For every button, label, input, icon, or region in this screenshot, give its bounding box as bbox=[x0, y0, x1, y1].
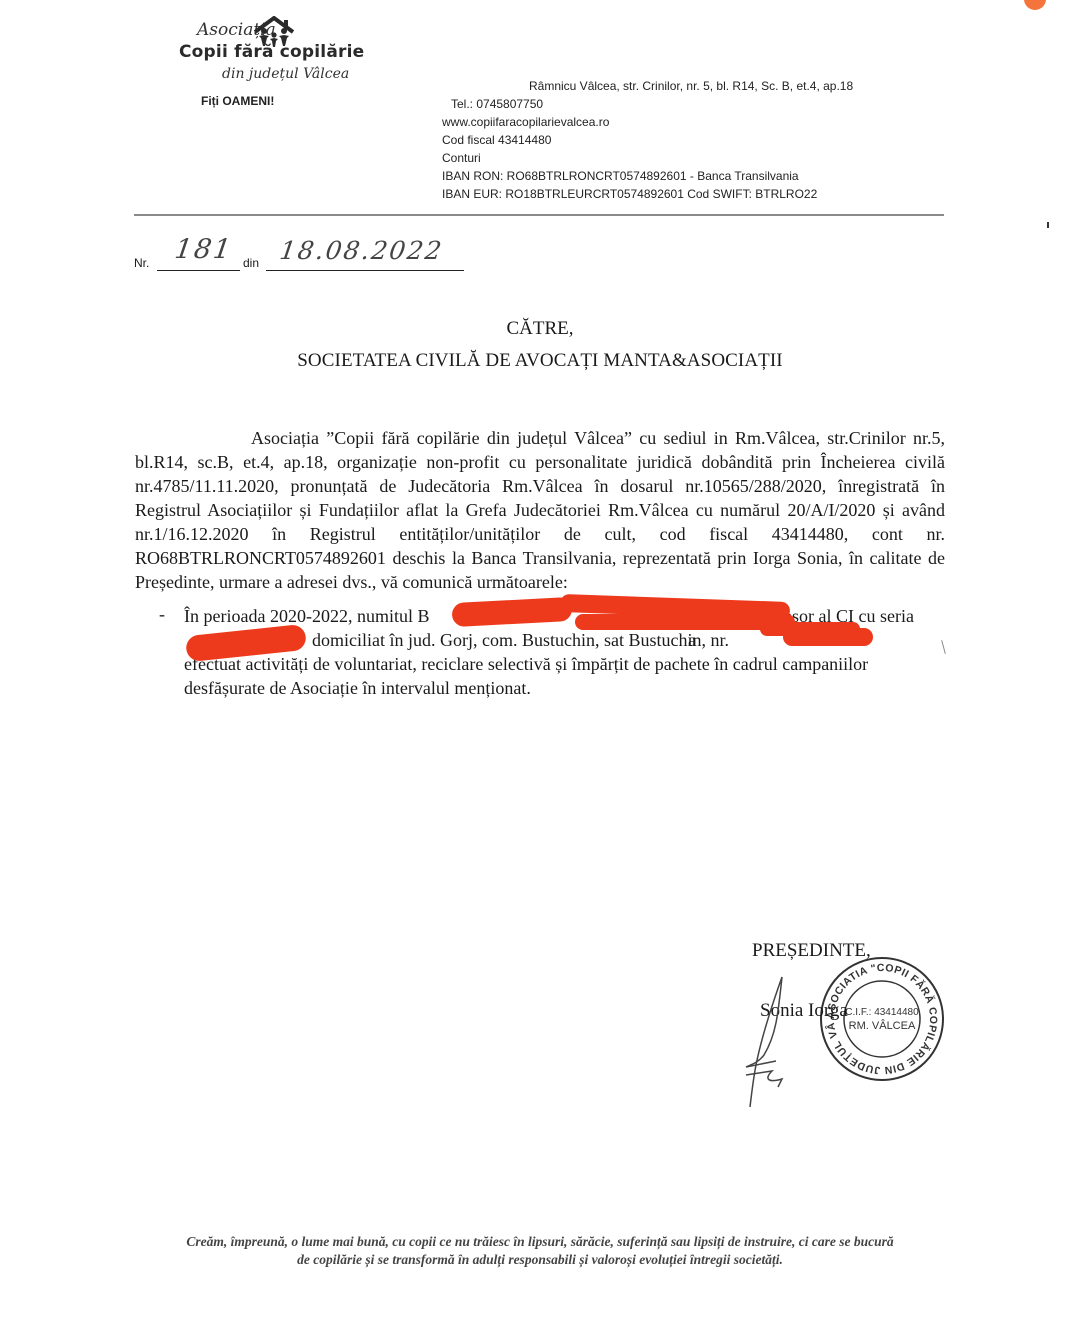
fiscal-code: Cod fiscal 43414480 bbox=[442, 131, 817, 149]
nr-label: Nr. bbox=[134, 256, 149, 270]
recipient-name: SOCIETATEA CIVILĂ DE AVOCAȚI MANTA&ASOCI… bbox=[0, 350, 1080, 372]
nr-underline bbox=[157, 270, 240, 271]
bullet-marker: - bbox=[159, 604, 165, 625]
date-value: 18.08.2022 bbox=[278, 236, 445, 265]
footer-slogan: Creăm, împreună, o lume mai bună, cu cop… bbox=[0, 1233, 1080, 1269]
body-paragraph-text: Asociația ”Copii fără copilărie din jude… bbox=[135, 428, 945, 592]
nr-value: 181 bbox=[173, 234, 235, 265]
svg-text:RM. VÂLCEA: RM. VÂLCEA bbox=[849, 1019, 916, 1032]
bullet-line-1a: În perioada 2020-2022, numitul B bbox=[184, 606, 429, 626]
phone: Tel.: 0745807750 bbox=[442, 95, 817, 113]
bullet-line-2-end: a bbox=[688, 628, 696, 652]
logo-title: Copii fără copilărie bbox=[179, 42, 364, 62]
contact-list: Tel.: 0745807750 www.copiifaracopilariev… bbox=[442, 95, 817, 203]
scan-mark bbox=[1047, 222, 1049, 228]
din-label: din bbox=[243, 256, 259, 270]
notification-dot bbox=[1024, 0, 1046, 10]
bullet-line-3: efectuat activități de voluntariat, reci… bbox=[184, 652, 944, 676]
bullet-line-4: desfășurate de Asociație în intervalul m… bbox=[184, 676, 944, 700]
footer-line-1: Creăm, împreună, o lume mai bună, cu cop… bbox=[0, 1233, 1080, 1251]
redaction-mark bbox=[783, 628, 873, 646]
iban-eur: IBAN EUR: RO18BTRLEURCRT0574892601 Cod S… bbox=[442, 185, 817, 203]
footer-line-2: de copilărie și se transformă în adulți … bbox=[0, 1251, 1080, 1269]
salutation: CĂTRE, bbox=[0, 318, 1080, 340]
motto: Fiți OAMENI! bbox=[201, 94, 274, 108]
logo-subtitle: din județul Vâlcea bbox=[222, 66, 349, 82]
accounts-label: Conturi bbox=[442, 149, 817, 167]
website: www.copiifaracopilarievalcea.ro bbox=[442, 113, 817, 131]
svg-text:C.I.F.: 43414480: C.I.F.: 43414480 bbox=[845, 1007, 919, 1018]
address: Râmnicu Vâlcea, str. Crinilor, nr. 5, bl… bbox=[529, 77, 853, 95]
date-underline bbox=[266, 270, 464, 271]
header-divider bbox=[134, 214, 944, 216]
body-paragraph: Asociația ”Copii fără copilărie din jude… bbox=[135, 426, 945, 594]
handwritten-signature bbox=[742, 975, 802, 1110]
iban-ron: IBAN RON: RO68BTRLRONCRT0574892601 - Ban… bbox=[442, 167, 817, 185]
bullet-line-2: domiciliat în jud. Gorj, com. Bustuchin,… bbox=[312, 628, 729, 652]
